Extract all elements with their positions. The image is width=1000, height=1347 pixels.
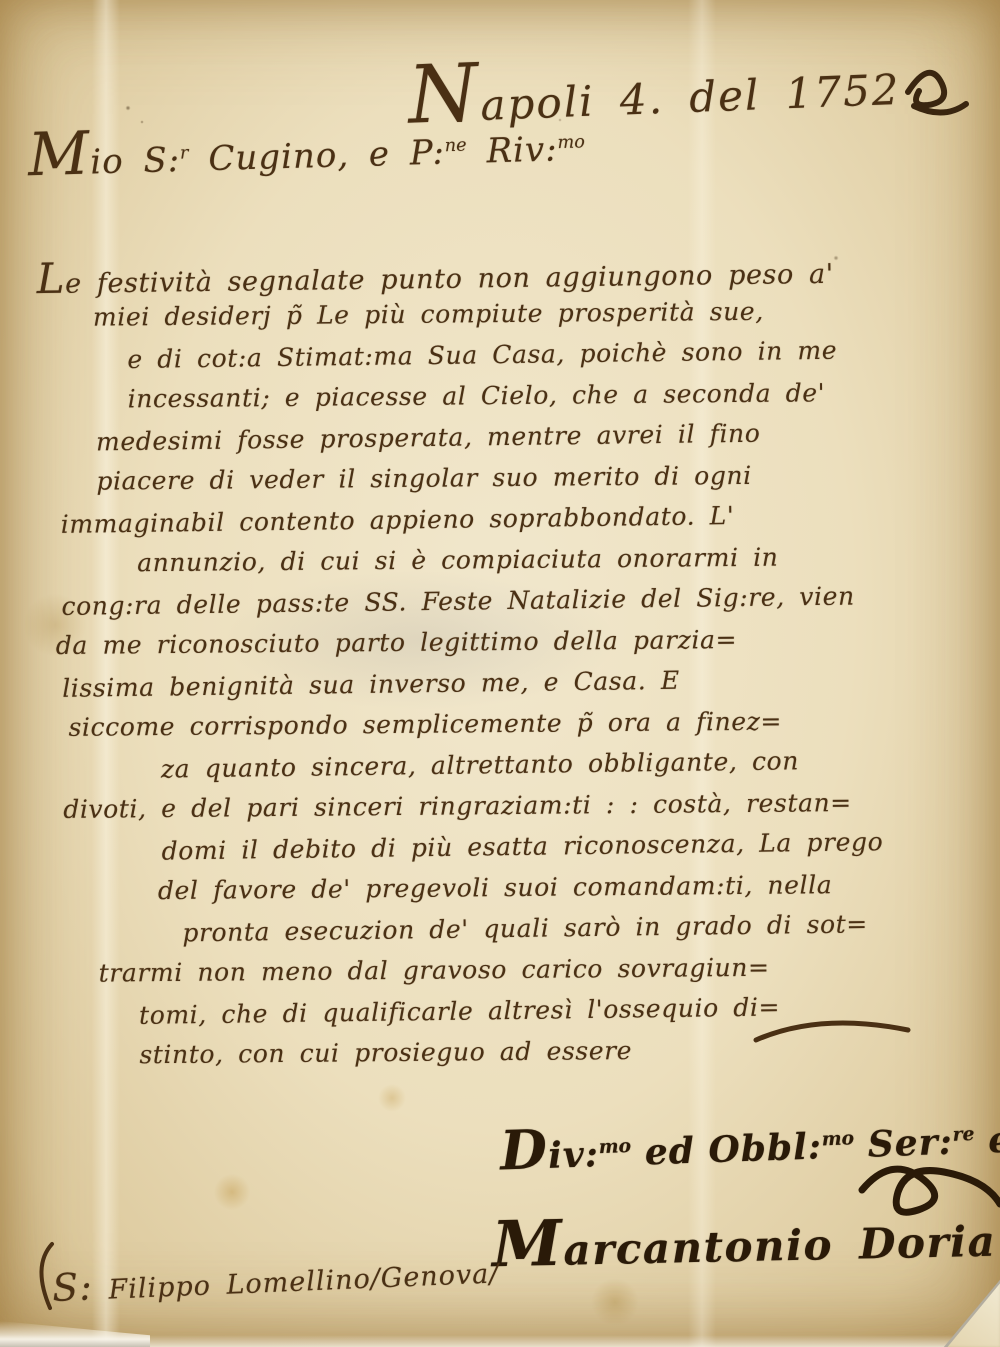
address-line: S: Filippo Lomellino/Genova/ — [51, 1246, 532, 1310]
salutation-text: Riv: — [466, 129, 558, 172]
closing-text: Ser: — [854, 1121, 954, 1166]
paper-bottom-edge — [0, 1335, 1000, 1347]
salutation-text: Cugino, e P: — [188, 133, 445, 180]
closing-superscript: re — [952, 1123, 975, 1146]
closing-text: e Cug: — [974, 1115, 1000, 1162]
signature-line: Marcantonio Doria — [491, 1197, 992, 1281]
closing-text: ed Obbl: — [631, 1125, 823, 1174]
salutation-superscript: mo — [557, 132, 585, 153]
salutation-superscript: ne — [444, 136, 466, 157]
salutation-line: Mio S:r Cugino, e P:ne Riv:mo — [27, 103, 689, 190]
paper-bottom-left-edge — [0, 1321, 150, 1347]
closing-line: Div:mo ed Obbl:mo Ser:re e Cug:e — [499, 1101, 991, 1182]
closing-superscript: mo — [598, 1135, 631, 1158]
closing-superscript: mo — [821, 1127, 854, 1150]
letter-paper: Napoli 4. del 1752 Mio S:r Cugino, e P:n… — [0, 0, 1000, 1347]
salutation-text: Mio S: — [28, 140, 181, 184]
closing-text: Div: — [500, 1133, 600, 1178]
letter-body: Le festività segnalate punto non aggiung… — [34, 248, 987, 1076]
